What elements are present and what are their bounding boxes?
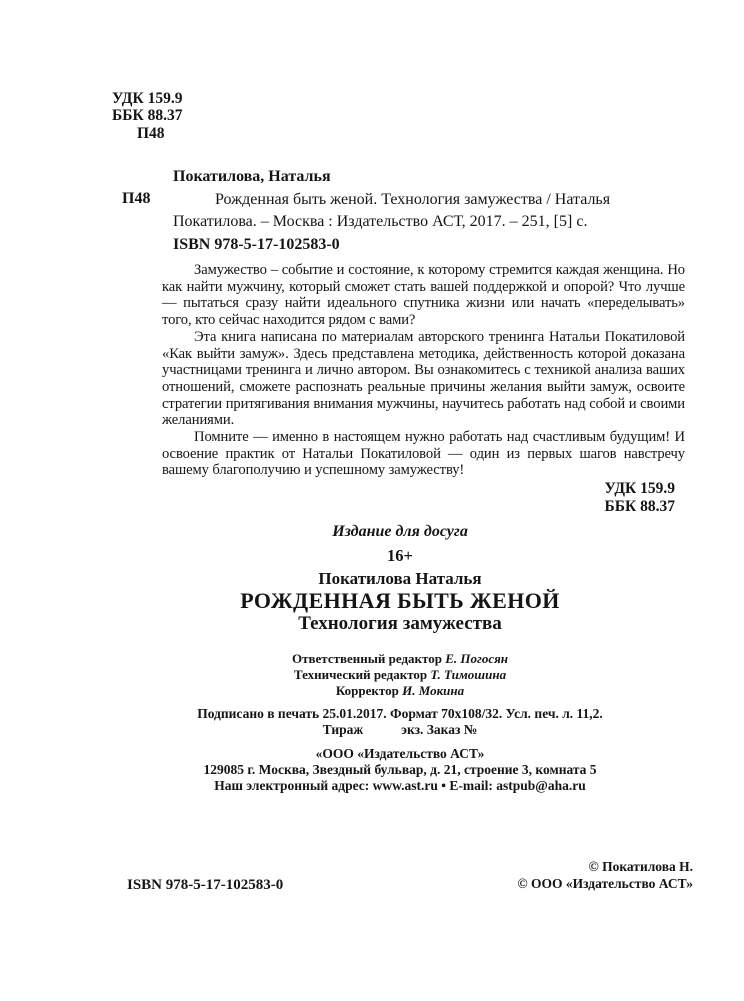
bbk-number: ББК 88.37 xyxy=(112,107,182,124)
isbn-top: ISBN 978-5-17-102583-0 xyxy=(173,236,340,254)
bibliographic-author: Покатилова, Наталья xyxy=(173,168,331,186)
isbn-bottom: ISBN 978-5-17-102583-0 xyxy=(127,877,283,894)
age-rating: 16+ xyxy=(42,546,744,566)
annotation-block: Замужество – событие и состояние, к кото… xyxy=(162,262,685,479)
staff-line-technical-editor: Технический редактор Т. Тимошина xyxy=(42,667,744,683)
print-order-label: экз. Заказ № xyxy=(401,722,477,737)
print-info-line: Подписано в печать 25.01.2017. Формат 70… xyxy=(42,706,744,722)
copyright-block: © Покатилова Н. © ООО «Издательство АСТ» xyxy=(517,859,693,892)
author-sign-code: П48 xyxy=(112,125,182,142)
staff-person-name: Е. Погосян xyxy=(445,651,508,666)
staff-person-name: И. Мокина xyxy=(402,683,464,698)
print-run-line: Тиражэкз. Заказ № xyxy=(42,722,744,738)
copyright-author: © Покатилова Н. xyxy=(517,859,693,876)
classification-repeat-block: УДК 159.9 ББК 88.37 xyxy=(605,480,675,515)
book-imprint-page: УДК 159.9 ББК 88.37 П48 Покатилова, Ната… xyxy=(0,0,744,1001)
edition-type: Издание для досуга xyxy=(42,523,744,541)
bibliographic-code: П48 xyxy=(122,190,150,208)
edition-author: Покатилова Наталья xyxy=(42,569,744,589)
editorial-staff-block: Ответственный редактор Е. Погосян Технич… xyxy=(42,651,744,700)
staff-line-executive-editor: Ответственный редактор Е. Погосян xyxy=(42,651,744,667)
staff-person-name: Т. Тимошина xyxy=(430,667,506,682)
bbk-number-right: ББК 88.37 xyxy=(605,498,675,516)
udk-number-right: УДК 159.9 xyxy=(605,480,675,498)
annotation-paragraph-3: Помните — именно в настоящем нужно работ… xyxy=(162,429,685,479)
staff-role-label: Ответственный редактор xyxy=(292,651,445,666)
annotation-paragraph-1: Замужество – событие и состояние, к кото… xyxy=(162,262,685,329)
copyright-publisher: © ООО «Издательство АСТ» xyxy=(517,876,693,893)
bibliographic-record: Рожденная быть женой. Технология замужес… xyxy=(173,189,667,232)
classification-block: УДК 159.9 ББК 88.37 П48 xyxy=(112,90,182,142)
staff-line-proofreader: Корректор И. Мокина xyxy=(42,683,744,699)
publisher-contacts: Наш электронный адрес: www.ast.ru • E-ma… xyxy=(42,778,744,794)
publisher-address: 129085 г. Москва, Звездный бульвар, д. 2… xyxy=(42,762,744,778)
staff-role-label: Корректор xyxy=(336,683,402,698)
publisher-name: «ООО «Издательство АСТ» xyxy=(42,746,744,762)
print-run-label: Тираж xyxy=(323,722,364,737)
book-subtitle: Технология замужества xyxy=(42,613,744,635)
udk-number: УДК 159.9 xyxy=(112,90,182,107)
annotation-paragraph-2: Эта книга написана по материалам авторск… xyxy=(162,329,685,429)
book-title: РОЖДЕННАЯ БЫТЬ ЖЕНОЙ xyxy=(42,588,744,614)
staff-role-label: Технический редактор xyxy=(294,667,431,682)
